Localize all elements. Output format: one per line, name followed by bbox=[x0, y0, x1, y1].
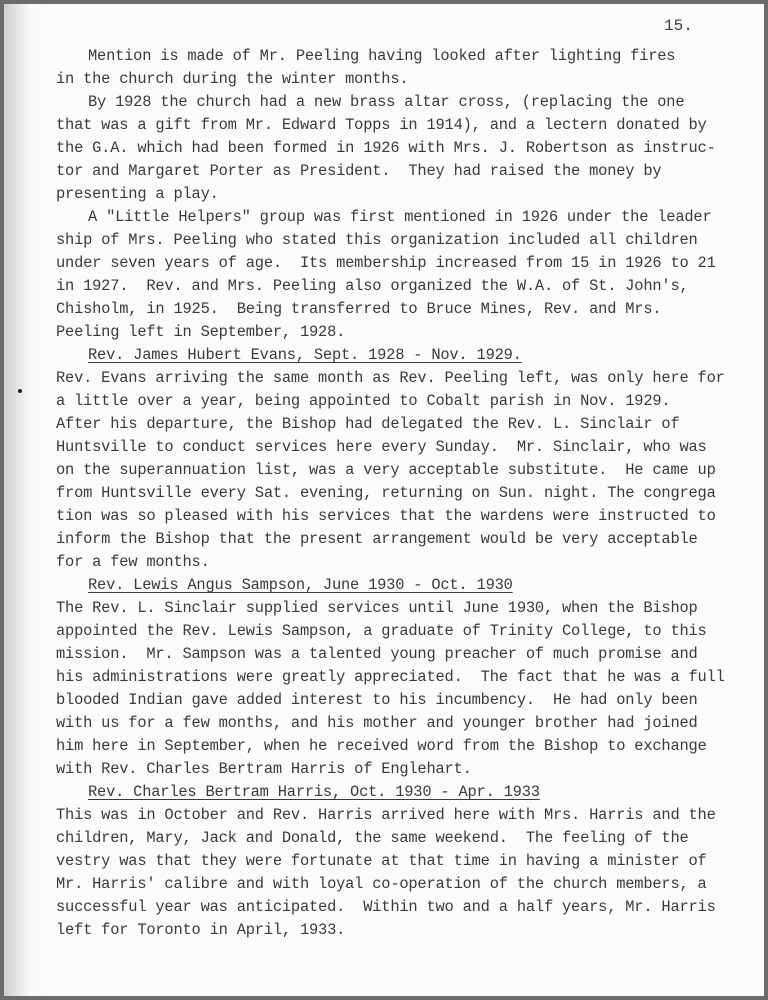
text-line: blooded Indian gave added interest to hi… bbox=[56, 689, 756, 712]
text-line: Peeling left in September, 1928. bbox=[56, 321, 756, 344]
text-line: the G.A. which had been formed in 1926 w… bbox=[56, 137, 756, 160]
text-line: on the superannuation list, was a very a… bbox=[56, 459, 756, 482]
text-line: tor and Margaret Porter as President. Th… bbox=[56, 160, 756, 183]
text-line: left for Toronto in April, 1933. bbox=[56, 919, 756, 942]
text-line: in the church during the winter months. bbox=[56, 68, 756, 91]
text-line: successful year was anticipated. Within … bbox=[56, 896, 756, 919]
text-line: presenting a play. bbox=[56, 183, 756, 206]
text-line: ship of Mrs. Peeling who stated this org… bbox=[56, 229, 756, 252]
section-heading-text: Rev. Charles Bertram Harris, Oct. 1930 -… bbox=[88, 783, 540, 801]
section-heading-text: Rev. James Hubert Evans, Sept. 1928 - No… bbox=[88, 346, 522, 364]
binder-hole-mark bbox=[18, 389, 22, 393]
text-line: Mention is made of Mr. Peeling having lo… bbox=[56, 45, 756, 68]
text-line: from Huntsville every Sat. evening, retu… bbox=[56, 482, 756, 505]
text-line: This was in October and Rev. Harris arri… bbox=[56, 804, 756, 827]
text-line: with Rev. Charles Bertram Harris of Engl… bbox=[56, 758, 756, 781]
text-line: inform the Bishop that the present arran… bbox=[56, 528, 756, 551]
text-line: mission. Mr. Sampson was a talented youn… bbox=[56, 643, 756, 666]
text-line: vestry was that they were fortunate at t… bbox=[56, 850, 756, 873]
text-line: a little over a year, being appointed to… bbox=[56, 390, 756, 413]
text-line: under seven years of age. Its membership… bbox=[56, 252, 756, 275]
text-line: for a few months. bbox=[56, 551, 756, 574]
text-line: Chisholm, in 1925. Being transferred to … bbox=[56, 298, 756, 321]
text-line: that was a gift from Mr. Edward Topps in… bbox=[56, 114, 756, 137]
text-line: By 1928 the church had a new brass altar… bbox=[56, 91, 756, 114]
text-line: After his departure, the Bishop had dele… bbox=[56, 413, 756, 436]
document-body: Mention is made of Mr. Peeling having lo… bbox=[56, 45, 756, 942]
text-line: his administrations were greatly appreci… bbox=[56, 666, 756, 689]
section-heading-text: Rev. Lewis Angus Sampson, June 1930 - Oc… bbox=[88, 576, 513, 594]
section-heading: Rev. James Hubert Evans, Sept. 1928 - No… bbox=[56, 344, 756, 367]
text-line: The Rev. L. Sinclair supplied services u… bbox=[56, 597, 756, 620]
text-line: children, Mary, Jack and Donald, the sam… bbox=[56, 827, 756, 850]
text-line: him here in September, when he received … bbox=[56, 735, 756, 758]
section-heading: Rev. Lewis Angus Sampson, June 1930 - Oc… bbox=[56, 574, 756, 597]
text-line: with us for a few months, and his mother… bbox=[56, 712, 756, 735]
text-line: in 1927. Rev. and Mrs. Peeling also orga… bbox=[56, 275, 756, 298]
section-heading: Rev. Charles Bertram Harris, Oct. 1930 -… bbox=[56, 781, 756, 804]
text-line: A "Little Helpers" group was first menti… bbox=[56, 206, 756, 229]
text-line: Rev. Evans arriving the same month as Re… bbox=[56, 367, 756, 390]
text-line: Mr. Harris' calibre and with loyal co-op… bbox=[56, 873, 756, 896]
text-line: Huntsville to conduct services here ever… bbox=[56, 436, 756, 459]
text-line: tion was so pleased with his services th… bbox=[56, 505, 756, 528]
document-page: 15. Mention is made of Mr. Peeling havin… bbox=[4, 4, 764, 996]
page-number: 15. bbox=[664, 17, 693, 35]
text-line: appointed the Rev. Lewis Sampson, a grad… bbox=[56, 620, 756, 643]
